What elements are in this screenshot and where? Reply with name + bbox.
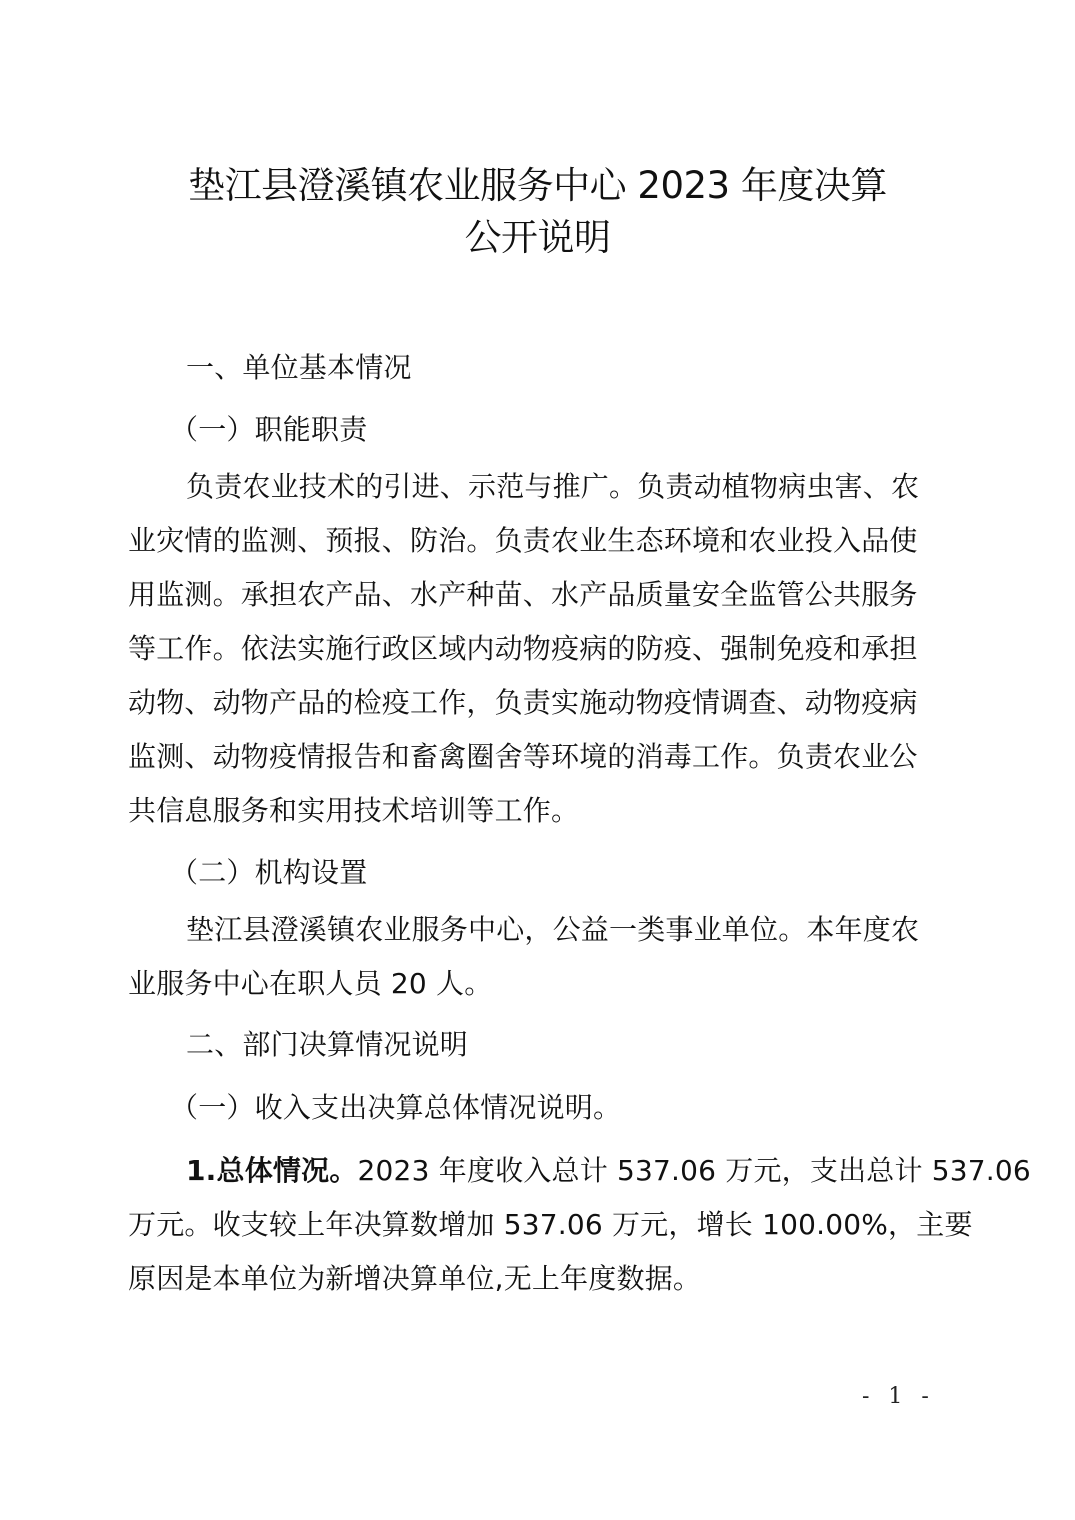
paragraph-line: 用监测。承担农产品、水产种苗、水产品质量安全监管公共服务	[128, 575, 918, 615]
document-title-line-2: 公开说明	[0, 210, 1075, 266]
paragraph-line: 业服务中心在职人员 20 人。	[128, 964, 492, 1004]
section-heading-2: 二、部门决算情况说明	[186, 1025, 468, 1065]
paragraph-line: 共信息服务和实用技术培训等工作。	[128, 791, 579, 831]
item-label-overall: 1.总体情况。	[186, 1154, 358, 1187]
paragraph-line: 动物、动物产品的检疫工作，负责实施动物疫情调查、动物疫病	[128, 683, 918, 723]
paragraph-line: 垫江县澄溪镇农业服务中心，公益一类事业单位。本年度农	[186, 910, 919, 950]
paragraph-line: 负责农业技术的引进、示范与推广。负责动植物病虫害、农	[186, 467, 919, 507]
document-title-line-1: 垫江县澄溪镇农业服务中心 2023 年度决算	[0, 158, 1075, 214]
item-text: 2023 年度收入总计 537.06 万元，支出总计 537.06	[358, 1154, 1031, 1187]
paragraph-line: 监测、动物疫情报告和畜禽圈舍等环境的消毒工作。负责农业公	[128, 737, 918, 777]
page-number: - 1 -	[862, 1384, 935, 1409]
paragraph-line: 原因是本单位为新增决算单位,无上年度数据。	[128, 1259, 701, 1299]
paragraph-line: 万元。收支较上年决算数增加 537.06 万元，增长 100.00%，主要	[128, 1205, 973, 1245]
subsection-heading-functions: （一）职能职责	[170, 410, 367, 450]
section-heading-1: 一、单位基本情况	[186, 348, 412, 388]
subsection-heading-organization: （二）机构设置	[170, 853, 367, 893]
paragraph-line: 等工作。依法实施行政区域内动物疫病的防疫、强制免疫和承担	[128, 629, 918, 669]
document-page: 垫江县澄溪镇农业服务中心 2023 年度决算 公开说明 一、单位基本情况 （一）…	[0, 0, 1075, 1520]
subsection-heading-income-expense: （一）收入支出决算总体情况说明。	[170, 1088, 621, 1128]
paragraph-line: 业灾情的监测、预报、防治。负责农业生态环境和农业投入品使	[128, 521, 918, 561]
paragraph-line-overall: 1.总体情况。2023 年度收入总计 537.06 万元，支出总计 537.06	[186, 1151, 1031, 1191]
